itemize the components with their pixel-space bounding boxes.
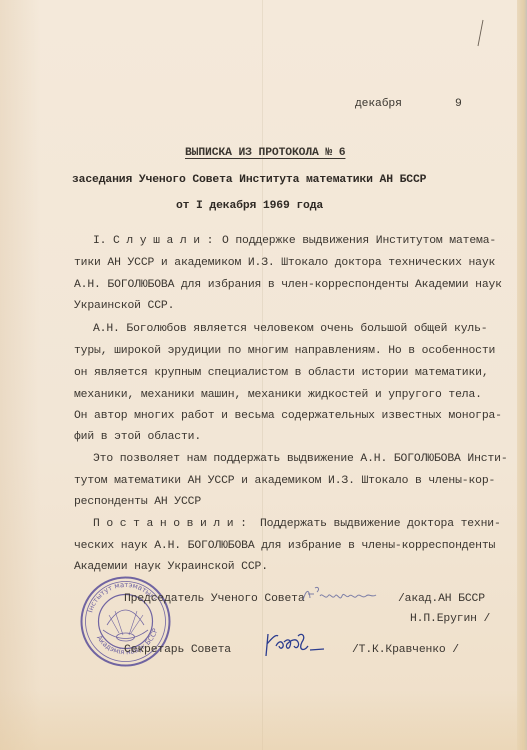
section-heard-line: Украинской ССР.: [74, 299, 174, 313]
chairman-name: Н.П.Еругин /: [410, 612, 490, 626]
section-resolved-line: Поддержать выдвижение доктора техни-: [260, 517, 501, 531]
body-line: респонденты АН УССР: [74, 495, 201, 509]
secretary-signature-icon: [262, 628, 332, 662]
paper-edge: [517, 0, 527, 750]
chairman-role: Председатель Ученого Совета: [124, 592, 305, 606]
header-day: 9: [455, 97, 462, 111]
meeting-date: от I декабря 1969 года: [176, 199, 323, 213]
chairman-title: /акад.АН БССР: [398, 592, 485, 606]
pen-mark-icon: [475, 18, 485, 48]
body-line: туры, широкой эрудиции по многим направл…: [74, 344, 495, 358]
section-heard-line: тики АН УССР и академиком И.З. Штокало д…: [74, 256, 495, 270]
document-page: декабря 9 ВЫПИСКА ИЗ ПРОТОКОЛА № 6 засед…: [0, 0, 527, 750]
section-heard-line: О поддержке выдвижения Институтом матема…: [222, 234, 496, 248]
secretary-role: Секретарь Совета: [124, 643, 231, 657]
section-heard-line: А.Н. БОГОЛЮБОВА для избрания в член-корр…: [74, 278, 502, 292]
body-line: фий в этой области.: [74, 430, 201, 444]
section-resolved-line: Академии наук Украинской ССР.: [74, 560, 268, 574]
body-line: он является крупным специалистом в облас…: [74, 366, 489, 380]
body-line: механики, механики машин, механики жидко…: [74, 388, 482, 402]
section-resolved-label: П о с т а н о в и л и :: [93, 517, 247, 531]
header-month: декабря: [355, 97, 402, 111]
document-title: ВЫПИСКА ИЗ ПРОТОКОЛА № 6: [185, 146, 345, 160]
paper-stain: [0, 690, 527, 750]
section-resolved-line: ческих наук А.Н. БОГОЛЮБОВА для избрание…: [74, 539, 495, 553]
body-line: Он автор многих работ и весьма содержате…: [74, 409, 502, 423]
chairman-signature-icon: [300, 584, 380, 606]
body-line: Это позволяет нам поддержать выдвижение …: [93, 452, 508, 466]
meeting-description: заседания Ученого Совета Института матем…: [72, 173, 426, 187]
section-heard-label: I. С л у ш а л и :: [93, 234, 213, 248]
body-line: А.Н. Боголюбов является человеком очень …: [93, 322, 487, 336]
body-line: тутом математики АН УССР и академиком И.…: [74, 474, 495, 488]
secretary-name: /Т.К.Кравченко /: [352, 643, 459, 657]
